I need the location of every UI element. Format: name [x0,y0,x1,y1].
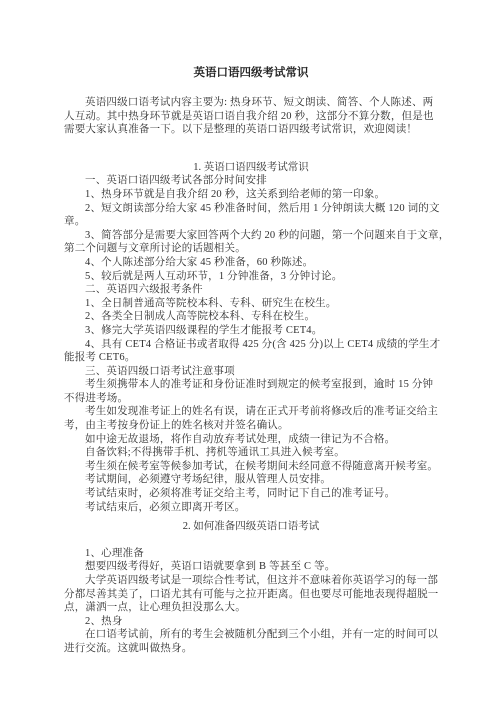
text-line: 需要大家认真准备一下。以下是整理的英语口语四级考试常识，欢迎阅读！ [64,123,438,137]
text-line: 不得进考场。 [64,392,438,406]
text-line: 1、心理准备 [64,547,438,561]
text-line: 一、英语口语四级考试各部分时间安排 [64,174,438,188]
section-heading: 1. 英语口语四级考试常识 [64,161,438,175]
text-line: 1、全日制普通高等院校本科、专科、研究生在校生。 [64,297,438,311]
text-line: 人互动。其中热身环节就是英语口语自我介绍 20 秒，这部分不算分数，但是也 [64,110,438,124]
text-line: 考生须携带本人的准考证和身份证准时到规定的候考室报到，逾时 15 分钟 [64,378,438,392]
text-line: 能报考 CET6。 [64,351,438,365]
text-line: 想要四级考得好，英语口语就要拿到 B 等甚至 C 等。 [64,560,438,574]
spacer [64,137,438,161]
text-line: 5、较后就是两人互动环节，1 分钟准备，3 分钟讨论。 [64,270,438,284]
text-line: 自备饮料;不得携带手机、拷机等通讯工具进入候考室。 [64,446,438,460]
document-content: 英语口语四级考试常识英语四级口语考试内容主要为: 热身环节、短文朗读、简答、个人… [64,66,438,656]
text-line: 大学英语四级考试是一项综合性考试，但这并不意味着你英语学习的每一部 [64,574,438,588]
text-line: 1、热身环节就是自我介绍 20 秒，这关系到给老师的第一印象。 [64,188,438,202]
text-line: 考生须在候考室等候参加考试，在候考期间未经同意不得随意离开候考室。 [64,460,438,474]
text-line: 2、各类全日制成人高等院校本科、专科在校生。 [64,310,438,324]
text-line: 章。 [64,215,438,229]
text-line: 考试期间，必须遵守考场纪律，服从管理人员安排。 [64,473,438,487]
text-line: 考生如发现准考证上的姓名有误，请在正式开考前将修改后的准考证交给主 [64,405,438,419]
spacer [64,80,438,96]
text-line: 考，由主考按身份证上的姓名核对并签名确认。 [64,419,438,433]
text-line: 第二个问题与文章所讨论的话题相关。 [64,242,438,256]
text-line: 在口语考试前，所有的考生会被随机分配到三个小组，并有一定的时间可以 [64,628,438,642]
text-line: 三、英语四级口语考试注意事项 [64,365,438,379]
text-line: 4、具有 CET4 合格证书或者取得 425 分(含 425 分)以上 CET4… [64,338,438,352]
text-line: 考试结束后，必须立即离开考区。 [64,501,438,515]
text-line: 2、短文朗读部分给大家 45 秒准备时间，然后用 1 分钟朗读大概 120 词的… [64,202,438,216]
text-line: 4、个人陈述部分给大家 45 秒准备，60 秒陈述。 [64,256,438,270]
text-line: 考试结束时，必须将准考证交给主考，同时记下自己的准考证号。 [64,487,438,501]
section-heading: 2. 如何准备四级英语口语考试 [64,520,438,534]
spacer [64,534,438,547]
text-line: 3、修完大学英语四级课程的学生才能报考 CET4。 [64,324,438,338]
text-line: 2、热身 [64,615,438,629]
text-line: 如中途无故退场，将作自动放弃考试处理，成绩一律记为不合格。 [64,433,438,447]
text-line: 进行交流。这就叫做热身。 [64,642,438,656]
document-title: 英语口语四级考试常识 [64,66,438,80]
text-line: 点，潇洒一点，让心理负担没那么大。 [64,601,438,615]
text-line: 二、英语四六级报考条件 [64,283,438,297]
text-line: 分都尽善其美了，口语尤其有可能与之拉开距离。但也要尽可能地表现得超脱一 [64,588,438,602]
text-line: 英语四级口语考试内容主要为: 热身环节、短文朗读、简答、个人陈述、两 [64,96,438,110]
document-page: 英语口语四级考试常识英语四级口语考试内容主要为: 热身环节、短文朗读、简答、个人… [0,0,500,708]
text-line: 3、简答部分是需要大家回答两个大约 20 秒的问题，第一个问题来自于文章， [64,229,438,243]
